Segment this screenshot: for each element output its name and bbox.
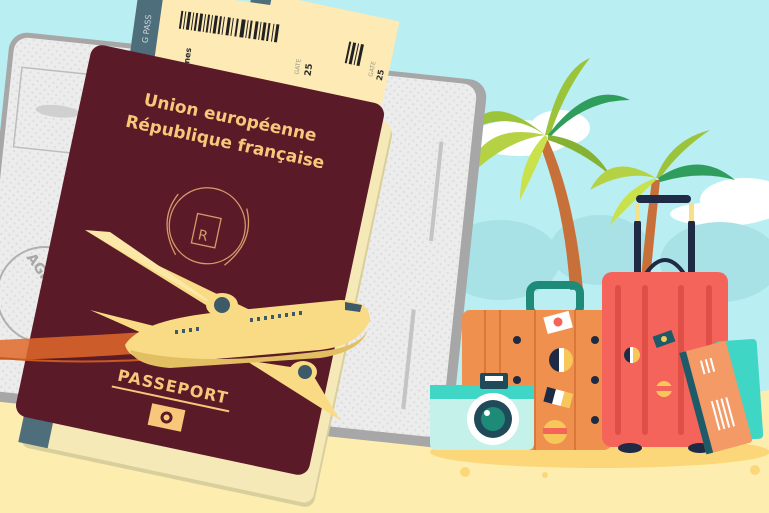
sticker-round-1 [549, 348, 573, 372]
sticker-spain [543, 420, 567, 444]
gate-number: 25 [304, 63, 316, 77]
travel-illustration: AGNOL GATE 25 G PASS ones TIME 1:30 SEAT… [0, 0, 769, 513]
